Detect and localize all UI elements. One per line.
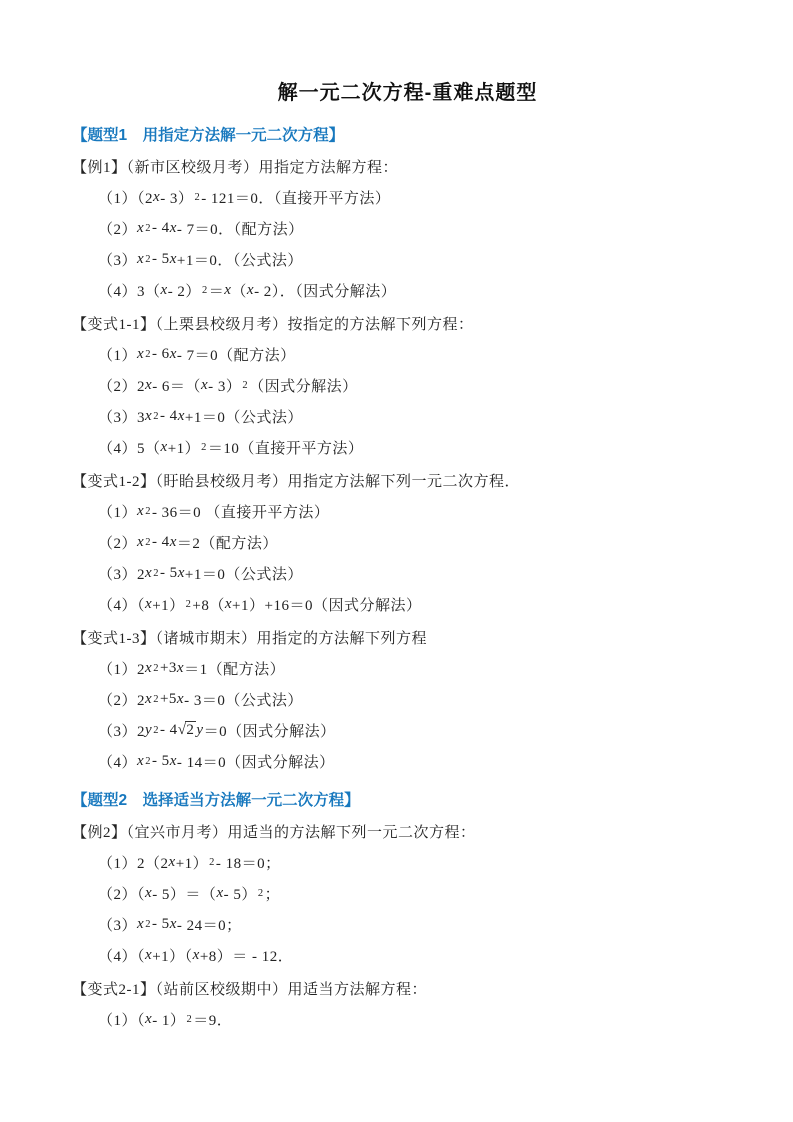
eq-variant13-item-1: （1）2x2+3x＝1（配方法） bbox=[98, 653, 743, 684]
label-variant-1-2: 【变式1-2】（盱眙县校级月考）用指定方法解下列一元二次方程． bbox=[72, 465, 743, 496]
eq-example1-item-2: （2）x2 - 4x - 7＝0．（配方法） bbox=[98, 213, 743, 244]
eq-example2-item-3: （3）x2 - 5x - 24＝0； bbox=[98, 909, 743, 940]
eq-variant12-item-4: （4）（x+1）2+8（x+1）+16＝0（因式分解法） bbox=[98, 589, 743, 620]
eq-variant12-item-3: （3）2x2 - 5x+1＝0（公式法） bbox=[98, 558, 743, 589]
label-example-2: 【例2】（宜兴市月考）用适当的方法解下列一元二次方程： bbox=[72, 816, 743, 847]
eq-variant12-item-1: （1）x2 - 36＝0 （直接开平方法） bbox=[98, 496, 743, 527]
eq-variant11-item-4: （4）5（x+1）2＝10（直接开平方法） bbox=[98, 432, 743, 463]
label-example-1: 【例1】（新市区校级月考）用指定方法解方程： bbox=[72, 151, 743, 182]
eq-variant12-item-2: （2）x2 - 4x＝2（配方法） bbox=[98, 527, 743, 558]
eq-variant13-item-3: （3）2y2 - 4√2y＝0（因式分解法） bbox=[98, 715, 743, 746]
heading-topic-1: 【题型1 用指定方法解一元二次方程】 bbox=[72, 118, 743, 149]
eq-example1-item-1: （1）（2x - 3）2 - 121＝0．（直接开平方法） bbox=[98, 182, 743, 213]
eq-example1-item-3: （3）x2 - 5x+1＝0．（公式法） bbox=[98, 244, 743, 275]
eq-example2-item-2: （2）（x - 5）＝（x - 5）2； bbox=[98, 878, 743, 909]
label-variant-1-3: 【变式1-3】（诸城市期末）用指定的方法解下列方程 bbox=[72, 622, 743, 653]
label-variant-2-1: 【变式2-1】（站前区校级期中）用适当方法解方程： bbox=[72, 973, 743, 1004]
eq-example2-item-1: （1）2（2x+1）2 - 18＝0； bbox=[98, 847, 743, 878]
heading-topic-2: 【题型2 选择适当方法解一元二次方程】 bbox=[72, 783, 743, 814]
eq-example2-item-4: （4）（x+1）（x+8）＝ - 12． bbox=[98, 940, 743, 971]
eq-variant13-item-4: （4）x2 - 5x - 14＝0（因式分解法） bbox=[98, 746, 743, 777]
eq-example1-item-4: （4）3（x - 2）2＝x（x - 2）．（因式分解法） bbox=[98, 275, 743, 306]
page-title: 解一元二次方程-重难点题型 bbox=[72, 80, 743, 106]
label-variant-1-1: 【变式1-1】（上栗县校级月考）按指定的方法解下列方程： bbox=[72, 308, 743, 339]
eq-variant11-item-1: （1）x2 - 6x - 7＝0（配方法） bbox=[98, 339, 743, 370]
eq-variant13-item-2: （2）2x2+5x - 3＝0（公式法） bbox=[98, 684, 743, 715]
eq-variant11-item-2: （2）2x - 6＝（x - 3）2（因式分解法） bbox=[98, 370, 743, 401]
worksheet-page: 解一元二次方程-重难点题型 【题型1 用指定方法解一元二次方程】 【例1】（新市… bbox=[0, 0, 793, 1035]
eq-variant21-item-1: （1）（x - 1）2＝9． bbox=[98, 1004, 743, 1035]
eq-variant11-item-3: （3）3x2 - 4x+1＝0（公式法） bbox=[98, 401, 743, 432]
